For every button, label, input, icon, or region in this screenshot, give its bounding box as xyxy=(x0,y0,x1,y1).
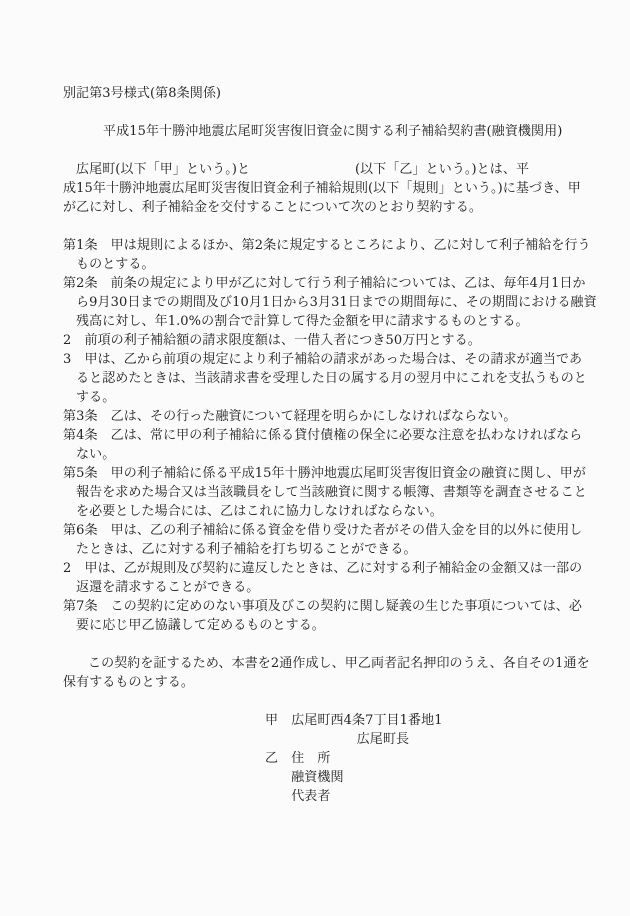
closing-line: 保有するものとする。 xyxy=(63,673,603,692)
article-2-line: 第2条 前条の規定により甲が乙に対して行う利子補給については、乙は、毎年4月1日… xyxy=(63,274,603,293)
article-2-line: 残高に対し、年1.0%の割合で計算して得た金額を甲に請求するものとする。 xyxy=(63,312,603,331)
preamble-line: 成15年十勝沖地震広尾町災害復旧資金利子補給規則(以下「規則」という。)に基づき… xyxy=(63,179,603,198)
preamble-line: 広尾町(以下「甲」という。)と (以下「乙」という。)とは、平 xyxy=(63,160,603,179)
signature-kou-address-line: 甲 広尾町西4条7丁目1番地1 xyxy=(63,711,603,730)
spacer xyxy=(63,692,603,711)
article-2-paragraph-3-line: する。 xyxy=(63,388,603,407)
article-1-line: 第1条 甲は規則によるほか、第2条に規定するところにより、乙に対して利子補給を行… xyxy=(63,236,603,255)
closing-line: この契約を証するため、本書を2通作成し、甲乙両者記名押印のうえ、各自その1通を xyxy=(63,654,603,673)
spacer xyxy=(63,217,603,236)
document-title: 平成15年十勝沖地震広尾町災害復旧資金に関する利子補給契約書(融資機関用) xyxy=(63,122,603,141)
contract-document: 別記第3号様式(第8条関係) 平成15年十勝沖地震広尾町災害復旧資金に関する利子… xyxy=(63,84,603,806)
document-page: { "page": { "background": "#fbfbfb", "te… xyxy=(0,0,630,916)
spacer xyxy=(63,635,603,654)
signature-otsu-representative-line: 代表者 xyxy=(63,787,603,806)
article-3-line: 第3条 乙は、その行った融資について経理を明らかにしなければならない。 xyxy=(63,407,603,426)
article-6-paragraph-2-line: 2 甲は、乙が規則及び契約に違反したときは、乙に対する利子補給金の金額又は一部の xyxy=(63,559,603,578)
article-5-line: 報告を求めた場合又は当該職員をして当該融資に関する帳簿、書類等を調査させること xyxy=(63,483,603,502)
spacer xyxy=(63,103,603,122)
spacer xyxy=(63,141,603,160)
article-2-paragraph-3-line: 3 甲は、乙から前項の規定により利子補給の請求があった場合は、その請求が適当であ xyxy=(63,350,603,369)
article-5-line: を必要とした場合には、乙はこれに協力しなければならない。 xyxy=(63,502,603,521)
article-2-line: ら9月30日までの期間及び10月1日から3月31日までの期間毎に、その期間におけ… xyxy=(63,293,603,312)
form-number-label: 別記第3号様式(第8条関係) xyxy=(63,84,603,103)
article-6-line: たときは、乙に対する利子補給を打ち切ることができる。 xyxy=(63,540,603,559)
signature-otsu-address-line: 乙 住 所 xyxy=(63,749,603,768)
article-4-line: ない。 xyxy=(63,445,603,464)
article-7-line: 要に応じ甲乙協議して定めるものとする。 xyxy=(63,616,603,635)
article-6-paragraph-2-line: 返還を請求することができる。 xyxy=(63,578,603,597)
article-4-line: 第4条 乙は、常に甲の利子補給に係る貸付債権の保全に必要な注意を払わなければなら xyxy=(63,426,603,445)
article-7-line: 第7条 この契約に定めのない事項及びこの契約に関し疑義の生じた事項については、必 xyxy=(63,597,603,616)
signature-otsu-institution-line: 融資機関 xyxy=(63,768,603,787)
article-2-paragraph-2-line: 2 前項の利子補給額の請求限度額は、一借入者につき50万円とする。 xyxy=(63,331,603,350)
article-5-line: 第5条 甲の利子補給に係る平成15年十勝沖地震広尾町災害復旧資金の融資に関し、甲… xyxy=(63,464,603,483)
article-6-line: 第6条 甲は、乙の利子補給に係る資金を借り受けた者がその借入金を目的以外に使用し xyxy=(63,521,603,540)
article-2-paragraph-3-line: ると認めたときは、当該請求書を受理した日の属する月の翌月中にこれを支払うものと xyxy=(63,369,603,388)
signature-kou-mayor-line: 広尾町長 xyxy=(63,730,603,749)
preamble-line: が乙に対し、利子補給金を交付することについて次のとおり契約する。 xyxy=(63,198,603,217)
article-1-line: ものとする。 xyxy=(63,255,603,274)
